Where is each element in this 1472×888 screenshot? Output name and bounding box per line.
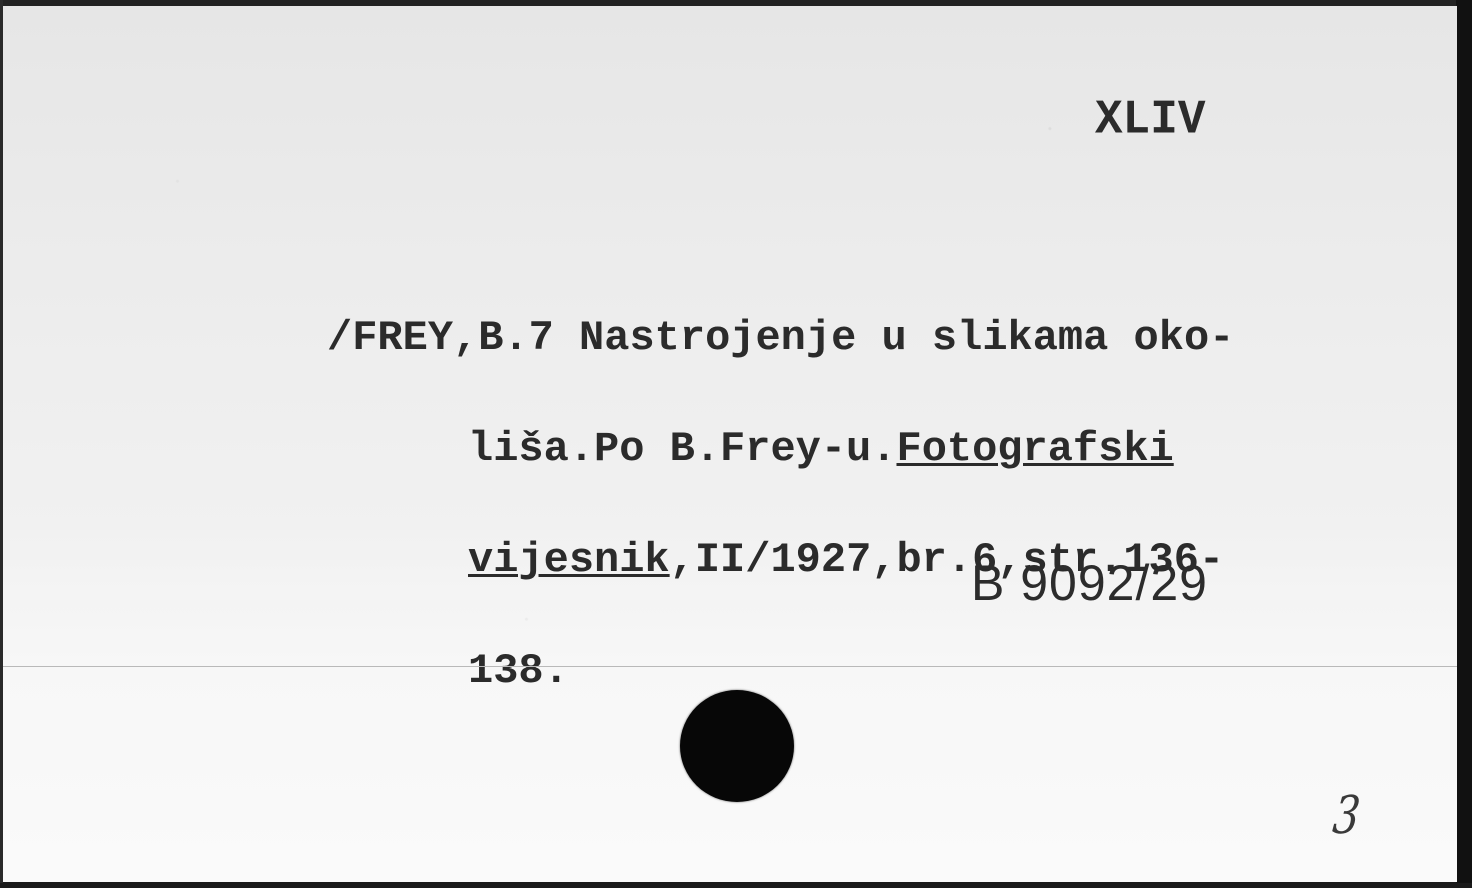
catalog-card: XLIV /FREY,B.7 Nastrojenje u slikama oko… xyxy=(3,6,1457,882)
punch-hole xyxy=(680,690,794,802)
entry-line-2: liša.Po B.Frey-u.Fotografski xyxy=(327,431,1234,468)
card-fold-line xyxy=(3,666,1457,667)
title-start: Nastrojenje u slikama oko- xyxy=(554,314,1235,362)
scan-border-bottom xyxy=(0,883,1472,888)
title-end: liša.Po B.Frey-u. xyxy=(468,425,896,473)
author-heading: /FREY,B.7 xyxy=(327,314,554,362)
handwritten-note: 3 xyxy=(1330,786,1363,846)
page-range-end: 138. xyxy=(468,647,569,695)
journal-title-part1: Fotografski xyxy=(896,425,1173,473)
entry-line-1: /FREY,B.7 Nastrojenje u slikama oko- xyxy=(327,320,1234,357)
entry-line-4: 138. xyxy=(327,653,1234,690)
scan-border-right xyxy=(1456,0,1472,888)
shelf-mark: B 9092/29 xyxy=(971,554,1208,612)
card-number: XLIV xyxy=(1095,93,1205,148)
journal-title-part2: vijesnik xyxy=(468,536,670,584)
bibliographic-entry: /FREY,B.7 Nastrojenje u slikama oko- liš… xyxy=(327,246,1234,764)
